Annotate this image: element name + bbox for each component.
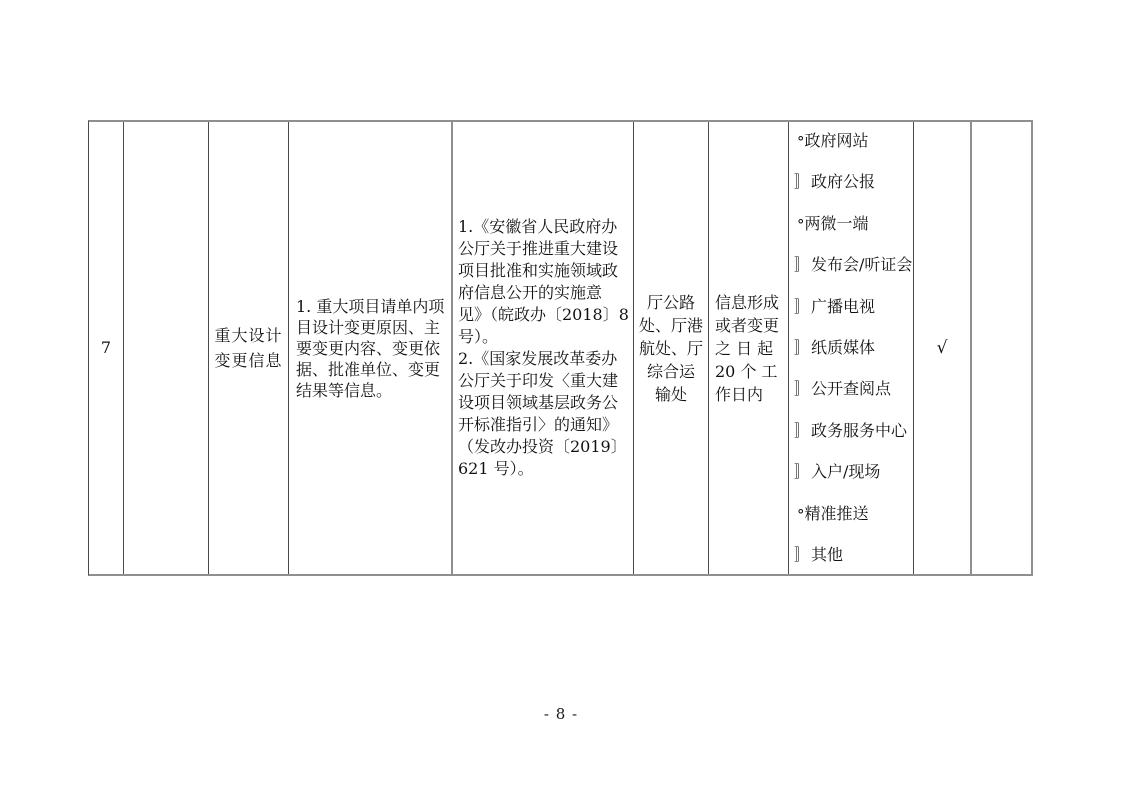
text-line: 信息形成 (715, 291, 784, 314)
disclosure-table: 7 重大设计变更信息 1. 重大项目请单内项目设计变更原因、主要变更内容、变更依… (88, 120, 1033, 576)
page-number: - 8 - (0, 705, 1122, 723)
row-index: 7 (101, 337, 111, 359)
text-line: 处、厅港 (639, 314, 703, 337)
channels-cell: °政府网站〛政府公报°两微一端〛发布会/听证会〛广播电视〛纸质媒体〛公开查阅点〛… (789, 122, 914, 574)
text-line: 或者变更 (715, 314, 784, 337)
checkbox-circle-mark: ° (797, 505, 805, 525)
text-line: 621 号）。 (458, 458, 630, 480)
check-mark: √ (937, 337, 948, 359)
channel-item: °政府网站 (794, 131, 911, 151)
text-line: 1. 重大项目请单内项 (296, 296, 446, 317)
row-index-cell: 7 (89, 122, 124, 574)
channel-item: 〛政府公报 (794, 172, 911, 192)
checkbox-circle-mark: ° (797, 215, 805, 235)
document-page: 7 重大设计变更信息 1. 重大项目请单内项目设计变更原因、主要变更内容、变更依… (0, 0, 1122, 793)
content-cell: 1. 重大项目请单内项目设计变更原因、主要变更内容、变更依据、批准单位、变更结果… (289, 122, 453, 574)
text-line: 之 日 起 (715, 337, 784, 360)
checkbox-bracket-mark: 〛 (794, 545, 810, 565)
channel-label: 政府网站 (805, 131, 869, 150)
channel-item: 〛公开查阅点 (794, 379, 911, 399)
text-line: 号）。 (458, 326, 630, 348)
channel-item: 〛其他 (794, 545, 911, 565)
channel-label: 政务服务中心 (811, 421, 907, 440)
text-line: 重大设计 (214, 323, 282, 348)
text-line: 设项目领域基层政务公 (458, 392, 630, 414)
text-line: 开标准指引〉的通知》 (458, 414, 630, 436)
checkbox-bracket-mark: 〛 (794, 421, 810, 441)
channel-label: 纸质媒体 (811, 338, 875, 357)
text-line: 输处 (655, 383, 687, 406)
channel-item: 〛广播电视 (794, 297, 911, 317)
text-line: （发改办投资〔2019〕 (458, 436, 630, 458)
text-line: 府信息公开的实施意 (458, 282, 630, 304)
department-cell: 厅公路处、厅港航处、厅综合运输处 (634, 122, 709, 574)
checkbox-bracket-mark: 〛 (794, 379, 810, 399)
text-line: 航处、厅 (639, 337, 703, 360)
channel-label: 其他 (811, 545, 843, 564)
channel-label: 入户/现场 (811, 462, 880, 481)
channel-item: 〛纸质媒体 (794, 338, 911, 358)
text-line: 据、批准单位、变更 (296, 359, 446, 380)
item-name-cell: 重大设计变更信息 (209, 122, 289, 574)
checkbox-bracket-mark: 〛 (794, 172, 810, 192)
channel-label: 两微一端 (805, 214, 869, 233)
text-line: 结果等信息。 (296, 380, 446, 401)
channel-item: °精准推送 (794, 504, 911, 524)
text-line: 项目批准和实施领域政 (458, 260, 630, 282)
text-line: 变更信息 (214, 348, 282, 373)
text-line: 目设计变更原因、主 (296, 317, 446, 338)
channel-label: 公开查阅点 (811, 379, 891, 398)
text-line: 2.《国家发展改革委办 (458, 348, 630, 370)
checkbox-bracket-mark: 〛 (794, 255, 810, 275)
channel-item: 〛政务服务中心 (794, 421, 911, 441)
channel-label: 发布会/听证会 (811, 255, 912, 274)
legal-basis-cell: 1.《安徽省人民政府办公厅关于推进重大建设项目批准和实施领域政府信息公开的实施意… (453, 122, 634, 574)
text-line: 公厅关于推进重大建设 (458, 238, 630, 260)
text-line: 综合运 (647, 360, 695, 383)
check-cell: √ (914, 122, 972, 574)
category-cell (124, 122, 209, 574)
checkbox-bracket-mark: 〛 (794, 338, 810, 358)
channel-item: 〛发布会/听证会 (794, 255, 911, 275)
text-line: 公厅关于印发〈重大建 (458, 370, 630, 392)
text-line: 见》（皖政办〔2018〕8 (458, 304, 630, 326)
checkbox-bracket-mark: 〛 (794, 297, 810, 317)
empty-tail-cell (972, 122, 1034, 574)
channel-item: °两微一端 (794, 214, 911, 234)
timing-cell: 信息形成或者变更之 日 起20 个 工作日内 (709, 122, 789, 574)
checkbox-bracket-mark: 〛 (794, 462, 810, 482)
checkbox-circle-mark: ° (797, 132, 805, 152)
text-line: 要变更内容、变更依 (296, 338, 446, 359)
text-line: 1.《安徽省人民政府办 (458, 216, 630, 238)
text-line: 厅公路 (647, 291, 695, 314)
text-line: 作日内 (715, 383, 784, 406)
channel-label: 广播电视 (811, 297, 875, 316)
text-line: 20 个 工 (715, 360, 784, 383)
channel-item: 〛入户/现场 (794, 462, 911, 482)
channel-label: 精准推送 (805, 504, 869, 523)
channel-label: 政府公报 (811, 172, 875, 191)
